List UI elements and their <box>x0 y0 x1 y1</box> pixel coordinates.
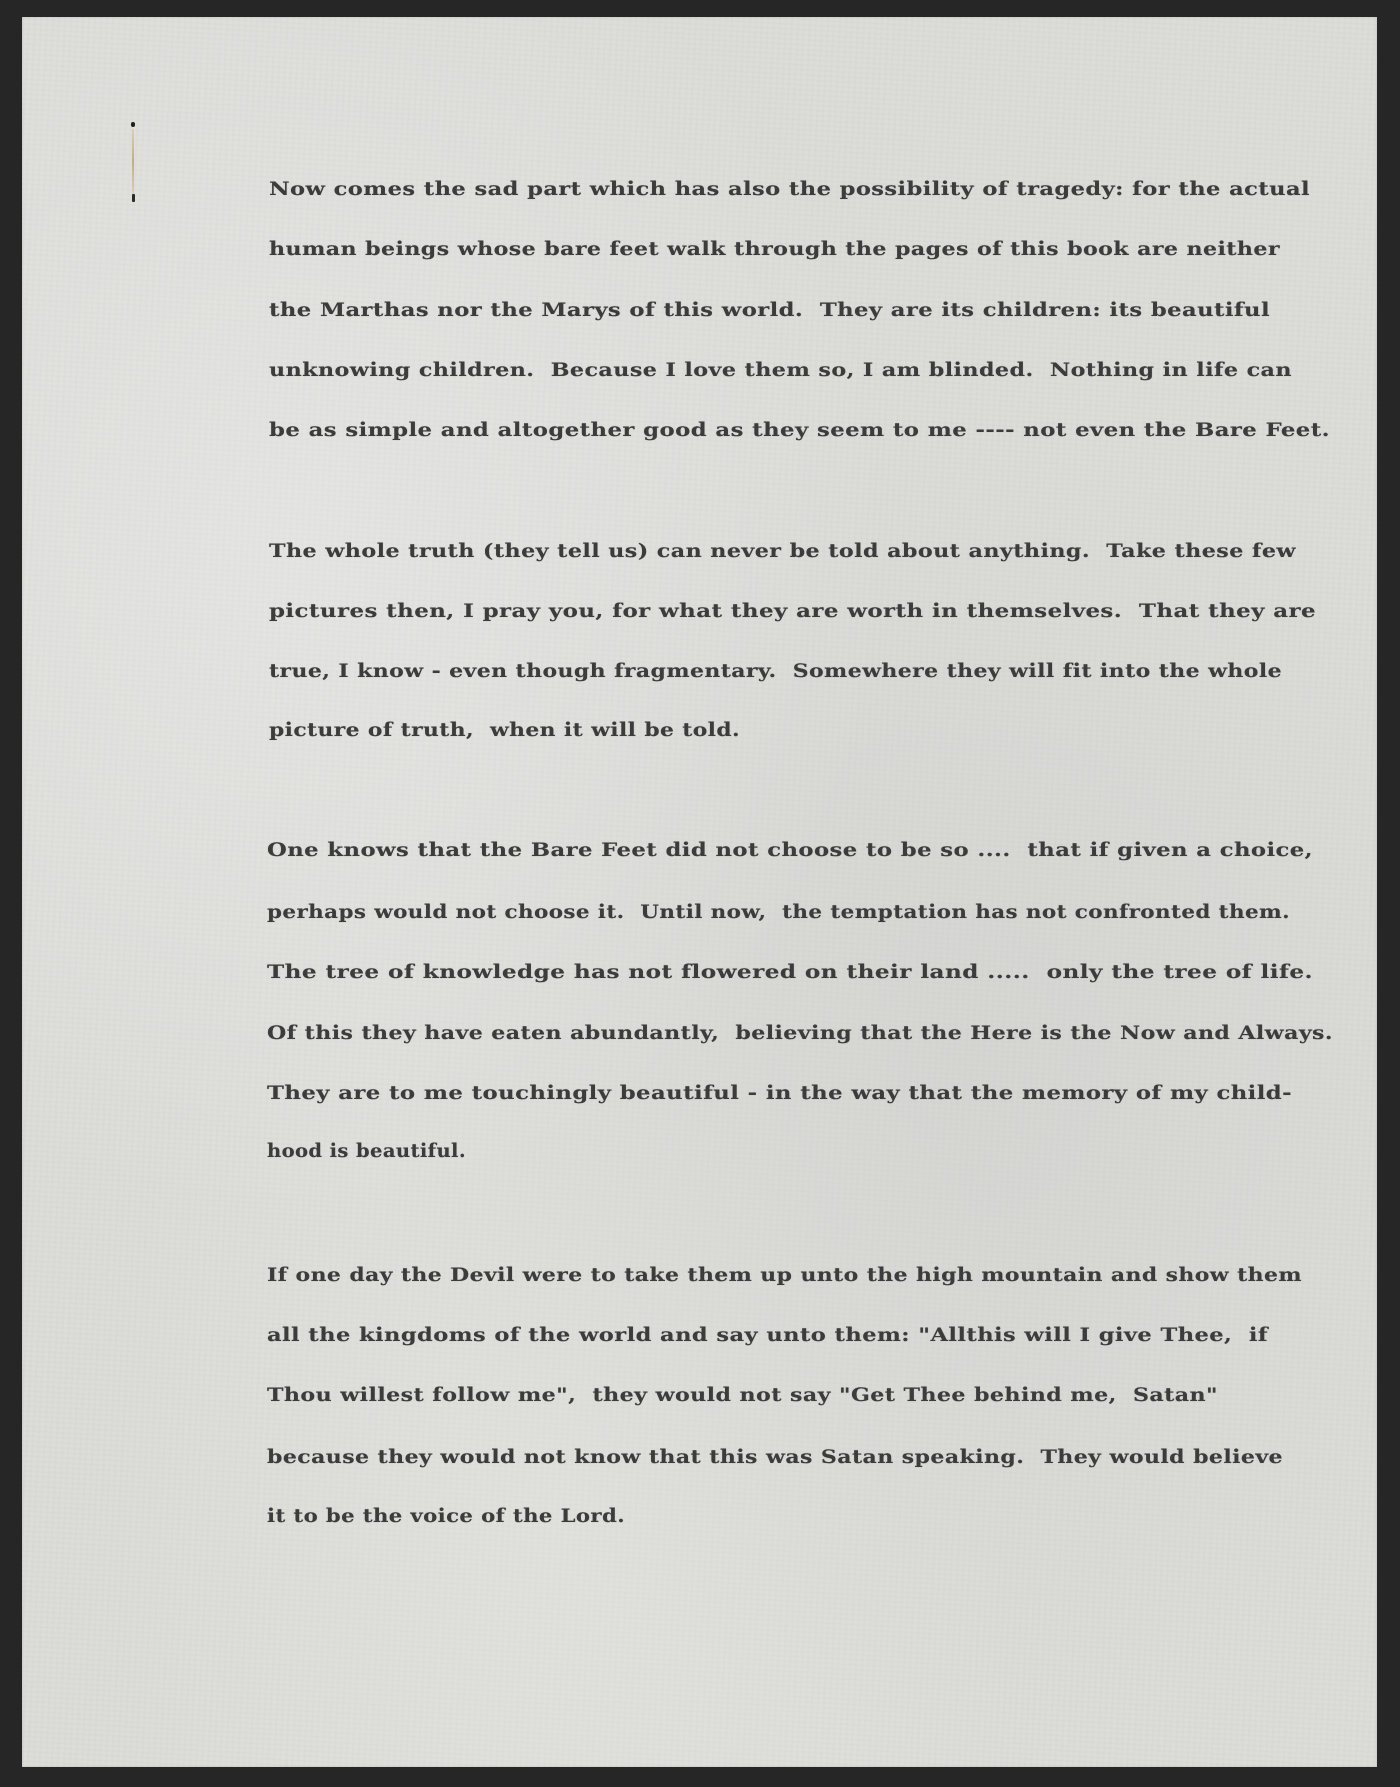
text-line: Now comes the sad part which has also th… <box>269 177 1310 201</box>
text-line: If one day the Devil were to take them u… <box>267 1263 1302 1287</box>
text-line: Of this they have eaten abundantly, beli… <box>267 1021 1333 1045</box>
text-line: perhaps would not choose it. Until now, … <box>267 900 1290 924</box>
text-line: The tree of knowledge has not flowered o… <box>267 960 1313 984</box>
text-line: because they would not know that this wa… <box>267 1445 1283 1469</box>
text-line: true, I know - even though fragmentary. … <box>269 659 1282 683</box>
text-line: all the kingdoms of the world and say un… <box>267 1323 1268 1347</box>
text-line: The whole truth (they tell us) can never… <box>269 539 1296 563</box>
text-line: picture of truth, when it will be told. <box>269 718 740 742</box>
text-line: human beings whose bare feet walk throug… <box>269 237 1280 261</box>
text-line: hood is beautiful. <box>267 1139 466 1163</box>
text-line: They are to me touchingly beautiful - in… <box>267 1081 1292 1105</box>
staple-line <box>132 129 134 194</box>
text-line: be as simple and altogether good as they… <box>269 418 1330 442</box>
text-line: One knows that the Bare Feet did not cho… <box>267 838 1313 862</box>
staple-mark-icon <box>132 122 135 204</box>
text-line: it to be the voice of the Lord. <box>267 1504 625 1528</box>
text-line: the Marthas nor the Marys of this world.… <box>269 298 1270 322</box>
staple-top-dot <box>131 122 135 127</box>
document-page: Now comes the sad part which has also th… <box>22 17 1377 1767</box>
staple-bottom-dot <box>132 194 135 202</box>
text-line: Thou willest follow me", they would not … <box>267 1383 1218 1407</box>
text-line: unknowing children. Because I love them … <box>269 358 1292 382</box>
text-line: pictures then, I pray you, for what they… <box>269 599 1316 623</box>
